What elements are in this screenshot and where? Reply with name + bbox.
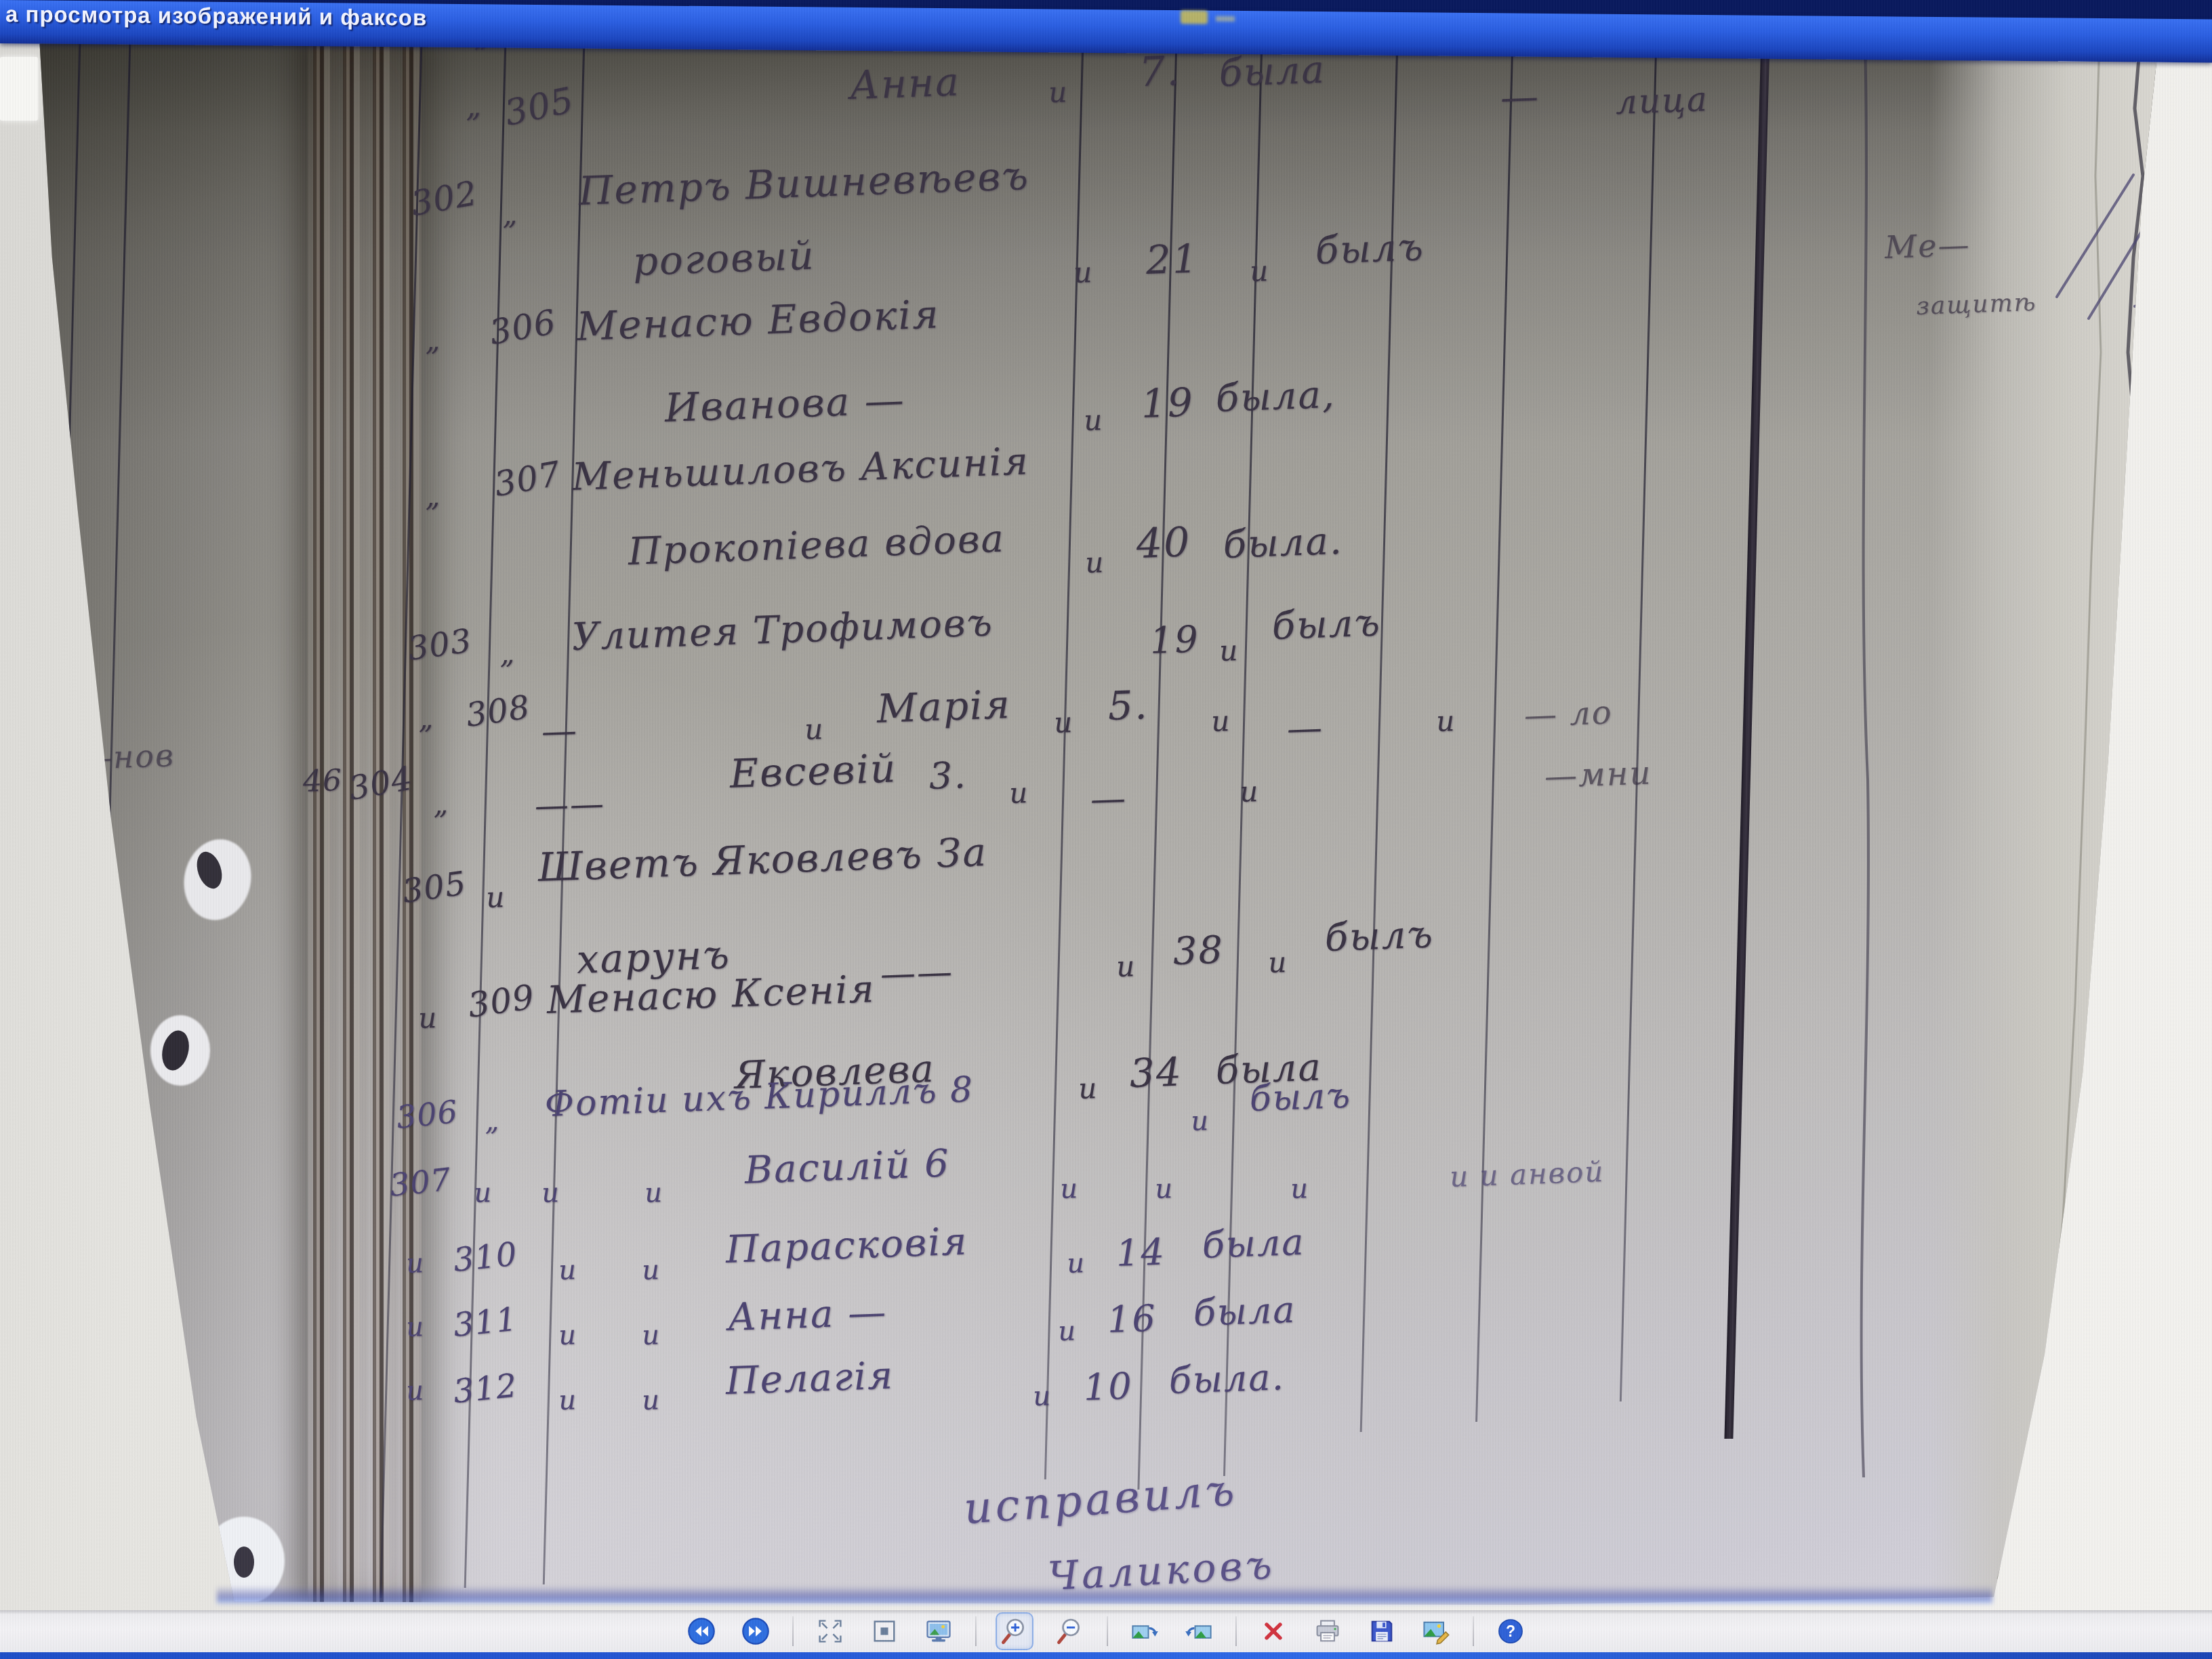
handwriting-fragment: „ <box>501 197 518 231</box>
help-icon: ? <box>1496 1616 1525 1646</box>
handwriting-fragment: была <box>1218 48 1326 96</box>
toolbar-separator <box>975 1616 977 1646</box>
handwriting-fragment: и <box>804 712 825 746</box>
document-bottom-edge-shadow <box>217 1586 1992 1605</box>
handwriting-fragment: 34 <box>1129 1048 1183 1097</box>
handwriting-fragment: — <box>1500 75 1540 120</box>
handwriting-fragment: и <box>558 1385 577 1416</box>
handwriting-fragment: 3. <box>928 754 968 798</box>
handwriting-fragment: былъ <box>1249 1076 1352 1120</box>
handwriting-fragment: Анна — <box>727 1290 888 1340</box>
handwriting-fragment: и <box>558 1319 577 1351</box>
handwriting-fragment: 311 <box>451 1300 519 1345</box>
screen-glare-patch <box>0 57 38 121</box>
handwriting-fragment: и <box>1083 403 1104 437</box>
handwriting-fragment: и <box>1267 945 1288 979</box>
toolbar-next-image-button[interactable] <box>738 1614 773 1649</box>
handwriting-fragment: 307 <box>388 1161 453 1204</box>
toolbar-zoom-out-button[interactable] <box>1052 1614 1088 1649</box>
handwriting-fragment: 40 <box>1136 518 1192 568</box>
handwriting-fragment: и <box>405 1248 425 1279</box>
toolbar-separator <box>1235 1616 1237 1646</box>
handwriting-fragment: и <box>641 1319 661 1351</box>
toolbar-zoom-in-button[interactable] <box>996 1612 1033 1650</box>
handwriting-fragment: Пелагія <box>725 1353 895 1404</box>
window-title: а просмотра изображений и факсов <box>5 1 427 30</box>
handwriting-fragment: Анна <box>849 58 961 108</box>
handwriting-fragment: 38 <box>1172 928 1225 974</box>
handwriting-fragment: и <box>1210 704 1231 738</box>
handwriting-fragment: и <box>641 1385 661 1416</box>
handwriting-fragment: и <box>1048 75 1069 109</box>
handwriting-fragment: — ло <box>1523 693 1614 735</box>
handwriting-fragment: 21 <box>1145 235 1200 283</box>
toolbar-separator <box>1473 1616 1474 1646</box>
handwriting-fragment: —— <box>880 951 954 995</box>
handwriting-fragment: и <box>485 880 506 914</box>
toolbar-separator <box>1107 1616 1108 1646</box>
handwriting-fragment: Евсевій <box>729 745 898 797</box>
handwriting-fragment: „ <box>417 701 434 735</box>
handwriting-fragment: былъ <box>1315 225 1425 273</box>
handwriting-fragment: Ме— <box>1884 226 1971 266</box>
toolbar-help-button[interactable]: ? <box>1493 1614 1528 1649</box>
zoom-out-icon <box>1055 1616 1085 1646</box>
handwriting-fragment: Василій 6 <box>744 1141 951 1193</box>
handwriting-fragment: 310 <box>451 1235 519 1279</box>
toolbar-best-fit-button[interactable] <box>813 1614 848 1649</box>
handwriting-fragment: и <box>1057 1315 1077 1347</box>
handwriting-fragment: Марія <box>876 681 1012 732</box>
handwriting-fragment: и <box>1032 1380 1052 1412</box>
document-content-layer: „304Аннаи10была„305Аннаи7.была—лица302„П… <box>39 38 2159 1605</box>
handwriting-fragment: „ <box>465 89 483 124</box>
handwriting-fragment: и <box>1078 1071 1099 1105</box>
handwriting-fragment: и <box>1249 254 1270 288</box>
handwriting-fragment: 19 <box>1149 618 1200 662</box>
toolbar-rotate-counterclockwise-button[interactable] <box>1181 1614 1216 1649</box>
handwriting-fragment: и <box>1008 776 1029 810</box>
handwriting-fragment: „ <box>424 479 441 513</box>
rotate-counterclockwise-icon <box>1184 1616 1214 1646</box>
handwriting-fragment: и <box>1239 775 1260 808</box>
handwriting-fragment: —мни <box>1544 754 1652 796</box>
handwriting-fragment: и <box>405 1311 425 1343</box>
toolbar-print-button[interactable] <box>1310 1614 1345 1649</box>
handwriting-fragment: и <box>1059 1173 1079 1205</box>
handwriting-fragment: 46 <box>302 763 343 799</box>
toolbar-delete-button[interactable] <box>1256 1614 1291 1649</box>
next-image-icon <box>741 1616 771 1646</box>
handwriting-fragment: и <box>1218 634 1240 668</box>
handwriting-fragment: и <box>473 1177 493 1209</box>
handwriting-fragment: и и анвой <box>1449 1155 1605 1193</box>
viewer-toolbar: ? <box>0 1610 2212 1652</box>
handwriting-fragment: и <box>1073 255 1094 289</box>
taskbar-edge[interactable] <box>0 1652 2212 1659</box>
handwriting-fragment: и <box>1154 1173 1174 1205</box>
handwriting-fragment: и <box>1066 1248 1086 1279</box>
handwriting-fragment: и <box>558 1254 577 1286</box>
handwriting-fragment: и <box>541 1177 560 1209</box>
toolbar-previous-image-button[interactable] <box>684 1614 719 1649</box>
handwriting-fragment: и <box>1190 1105 1210 1137</box>
handwriting-fragment: былъ <box>1324 912 1435 960</box>
handwriting-fragment: защитѣ <box>1916 289 2038 321</box>
toolbar-actual-size-button[interactable] <box>867 1614 902 1649</box>
toolbar-edit-button[interactable] <box>1418 1614 1454 1649</box>
handwriting-fragment: и <box>1290 1173 1309 1205</box>
handwriting-fragment: и <box>405 1375 425 1407</box>
handwriting-fragment: была. <box>1168 1355 1286 1402</box>
handwriting-fragment: — <box>1090 778 1128 820</box>
handwriting-fragment: 5. <box>1107 682 1149 729</box>
photographed-monitor-screen: „304Аннаи10была„305Аннаи7.была—лица302„П… <box>0 0 2212 1659</box>
toolbar-rotate-clockwise-button[interactable] <box>1127 1614 1162 1649</box>
handwriting-fragment: —— <box>534 783 606 825</box>
save-icon <box>1367 1616 1397 1646</box>
handwriting-fragment: — <box>541 710 579 752</box>
handwriting-fragment: и <box>644 1177 663 1209</box>
handwriting-fragment: „ <box>499 636 516 670</box>
svg-text:?: ? <box>1506 1622 1515 1640</box>
handwriting-fragment: 16 <box>1107 1297 1158 1341</box>
handwriting-fragment: „ <box>432 787 449 821</box>
handwriting-fragment: роговый <box>632 232 816 285</box>
handwriting-fragment: и <box>641 1254 661 1286</box>
handwriting-fragment: 14 <box>1115 1231 1166 1275</box>
handwriting-fragment: лица <box>1615 79 1709 122</box>
edit-image-icon <box>1421 1616 1451 1646</box>
handwriting-fragment: былъ <box>1271 600 1382 649</box>
previous-image-icon <box>687 1616 716 1646</box>
handwriting-fragment: 312 <box>451 1366 519 1411</box>
handwriting-fragment: — <box>1286 708 1324 750</box>
toolbar-save-button[interactable] <box>1364 1614 1399 1649</box>
handwriting-fragment: и <box>1053 705 1074 739</box>
slideshow-icon <box>924 1616 954 1646</box>
handwriting-fragment: „ <box>424 323 441 357</box>
zoom-in-icon <box>1000 1616 1029 1646</box>
handwriting-fragment: 306 <box>394 1093 459 1136</box>
handwriting-fragment: Иванова — <box>664 377 906 431</box>
handwriting-fragment: и <box>1115 949 1136 983</box>
handwriting-fragment: Парасковія <box>725 1220 969 1272</box>
toolbar-start-slideshow-button[interactable] <box>921 1614 956 1649</box>
handwriting-fragment: 7. <box>1139 47 1182 96</box>
handwriting-fragment: „ <box>484 1105 500 1137</box>
handwriting-fragment: 19 <box>1141 379 1195 427</box>
print-icon <box>1313 1616 1343 1646</box>
handwriting-fragment: была, <box>1215 373 1336 421</box>
actual-size-icon <box>869 1616 899 1646</box>
rotate-clockwise-icon <box>1130 1616 1160 1646</box>
handwriting-fragment: и <box>1084 546 1105 579</box>
titlebar-reflection <box>1181 10 1208 24</box>
handwriting-fragment: и <box>1435 704 1456 738</box>
delete-icon <box>1258 1616 1288 1646</box>
handwriting-fragment: была <box>1193 1288 1297 1334</box>
handwriting-fragment: была. <box>1223 519 1344 567</box>
best-fit-icon <box>815 1616 845 1646</box>
toolbar-separator <box>792 1616 794 1646</box>
handwriting-fragment: была <box>1202 1221 1306 1267</box>
handwriting-fragment: 10 <box>1083 1365 1134 1409</box>
handwriting-fragment: и <box>417 1001 438 1035</box>
